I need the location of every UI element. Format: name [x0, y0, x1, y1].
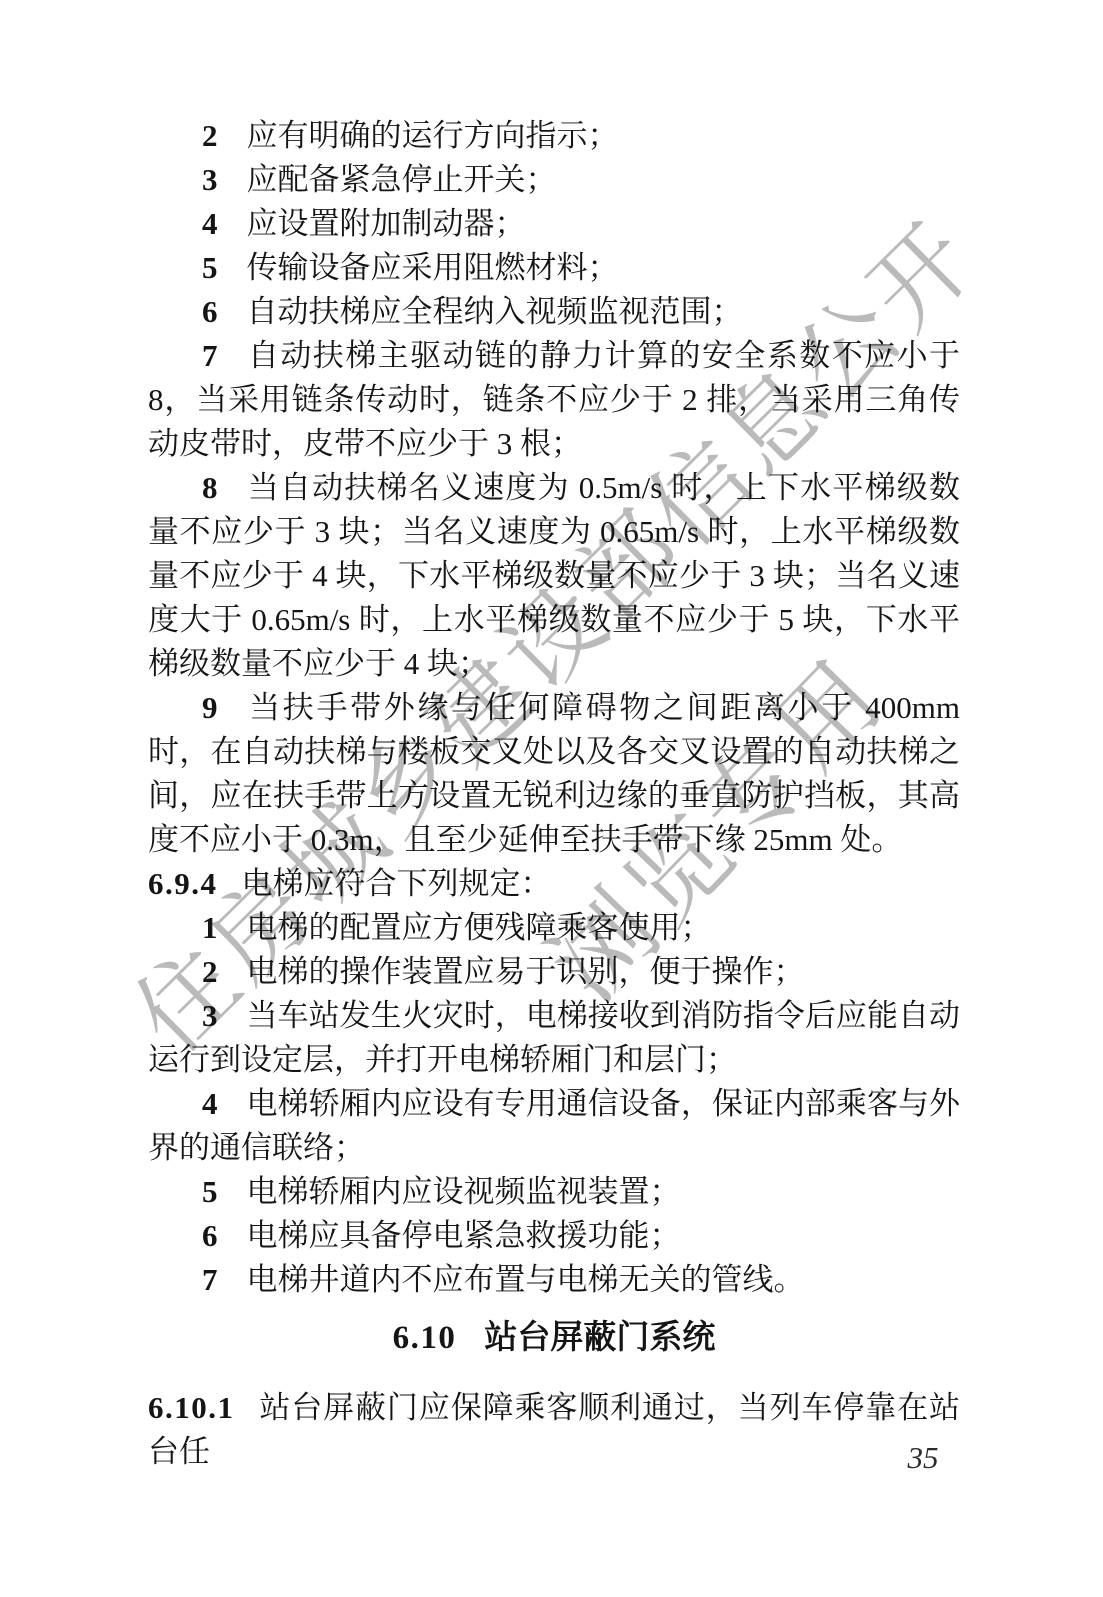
list-item: 3当车站发生火灾时，电梯接收到消防指令后应能自动运行到设定层，并打开电梯轿厢门和…: [148, 994, 960, 1082]
item-text: 应设置附加制动器；: [247, 206, 526, 241]
list-item: 7自动扶梯主驱动链的静力计算的安全系数不应小于 8，当采用链条传动时，链条不应少…: [148, 334, 960, 466]
list-item: 2应有明确的运行方向指示；: [148, 114, 960, 158]
clause-text: 站台屏蔽门应保障乘客顺利通过，当列车停靠在站台任: [148, 1390, 960, 1469]
item-text: 电梯应具备停电紧急救援功能；: [247, 1218, 681, 1253]
list-item: 9当扶手带外缘与任何障碍物之间距离小于 400mm 时，在自动扶梯与楼板交叉处以…: [148, 686, 960, 862]
list-item: 5电梯轿厢内应设视频监视装置；: [148, 1170, 960, 1214]
list-item: 5传输设备应采用阻燃材料；: [148, 246, 960, 290]
item-number: 4: [202, 206, 218, 241]
item-text: 自动扶梯主驱动链的静力计算的安全系数不应小于 8，当采用链条传动时，链条不应少于…: [148, 338, 960, 461]
item-text: 电梯的配置应方便残障乘客使用；: [247, 910, 712, 945]
item-text: 应有明确的运行方向指示；: [247, 118, 619, 153]
item-text: 电梯轿厢内应设有专用通信设备，保证内部乘客与外界的通信联络；: [148, 1086, 960, 1165]
clause-label: 6.9.4: [148, 866, 218, 901]
item-number: 7: [202, 338, 218, 373]
item-text: 当车站发生火灾时，电梯接收到消防指令后应能自动运行到设定层，并打开电梯轿厢门和层…: [148, 998, 960, 1077]
list-item: 4电梯轿厢内应设有专用通信设备，保证内部乘客与外界的通信联络；: [148, 1082, 960, 1170]
item-text: 传输设备应采用阻燃材料；: [247, 250, 619, 285]
item-number: 6: [202, 1218, 218, 1253]
item-text: 当扶手带外缘与任何障碍物之间距离小于 400mm 时，在自动扶梯与楼板交叉处以及…: [148, 690, 960, 857]
item-number: 9: [202, 690, 218, 725]
clause-text: 电梯应符合下列规定：: [242, 866, 552, 901]
section-number: 6.10: [393, 1320, 457, 1356]
list-item: 6电梯应具备停电紧急救援功能；: [148, 1214, 960, 1258]
item-number: 3: [202, 162, 218, 197]
list-item: 2电梯的操作装置应易于识别，便于操作；: [148, 950, 960, 994]
page-number: 35: [893, 1440, 953, 1476]
item-number: 4: [202, 1086, 218, 1121]
section-heading-6-10: 6.10站台屏蔽门系统: [148, 1316, 960, 1360]
item-number: 8: [202, 470, 218, 505]
item-number: 6: [202, 294, 218, 329]
section-title: 站台屏蔽门系统: [484, 1320, 715, 1356]
text-block: 2应有明确的运行方向指示； 3应配备紧急停止开关； 4应设置附加制动器； 5传输…: [148, 114, 960, 1474]
list-item: 1电梯的配置应方便残障乘客使用；: [148, 906, 960, 950]
item-number: 2: [202, 118, 218, 153]
item-number: 5: [202, 1174, 218, 1209]
item-number: 3: [202, 998, 218, 1033]
list-item: 6自动扶梯应全程纳入视频监视范围；: [148, 290, 960, 334]
document-page: 住房城乡建设部信息公开 浏览专用 2应有明确的运行方向指示； 3应配备紧急停止开…: [0, 0, 1103, 1597]
item-number: 5: [202, 250, 218, 285]
item-text: 电梯轿厢内应设视频监视装置；: [247, 1174, 681, 1209]
list-item: 8当自动扶梯名义速度为 0.5m/s 时，上下水平梯级数量不应少于 3 块；当名…: [148, 466, 960, 686]
list-item: 7电梯井道内不应布置与电梯无关的管线。: [148, 1258, 960, 1302]
item-text: 电梯井道内不应布置与电梯无关的管线。: [247, 1262, 805, 1297]
item-number: 1: [202, 910, 218, 945]
list-item: 4应设置附加制动器；: [148, 202, 960, 246]
list-item: 3应配备紧急停止开关；: [148, 158, 960, 202]
item-number: 7: [202, 1262, 218, 1297]
clause-6-10-1: 6.10.1站台屏蔽门应保障乘客顺利通过，当列车停靠在站台任: [148, 1386, 960, 1474]
item-number: 2: [202, 954, 218, 989]
item-text: 当自动扶梯名义速度为 0.5m/s 时，上下水平梯级数量不应少于 3 块；当名义…: [148, 470, 960, 681]
item-text: 自动扶梯应全程纳入视频监视范围；: [247, 294, 743, 329]
item-text: 应配备紧急停止开关；: [247, 162, 557, 197]
item-text: 电梯的操作装置应易于识别，便于操作；: [247, 954, 805, 989]
clause-label: 6.10.1: [148, 1390, 235, 1425]
clause-6-9-4: 6.9.4电梯应符合下列规定：: [148, 862, 960, 906]
